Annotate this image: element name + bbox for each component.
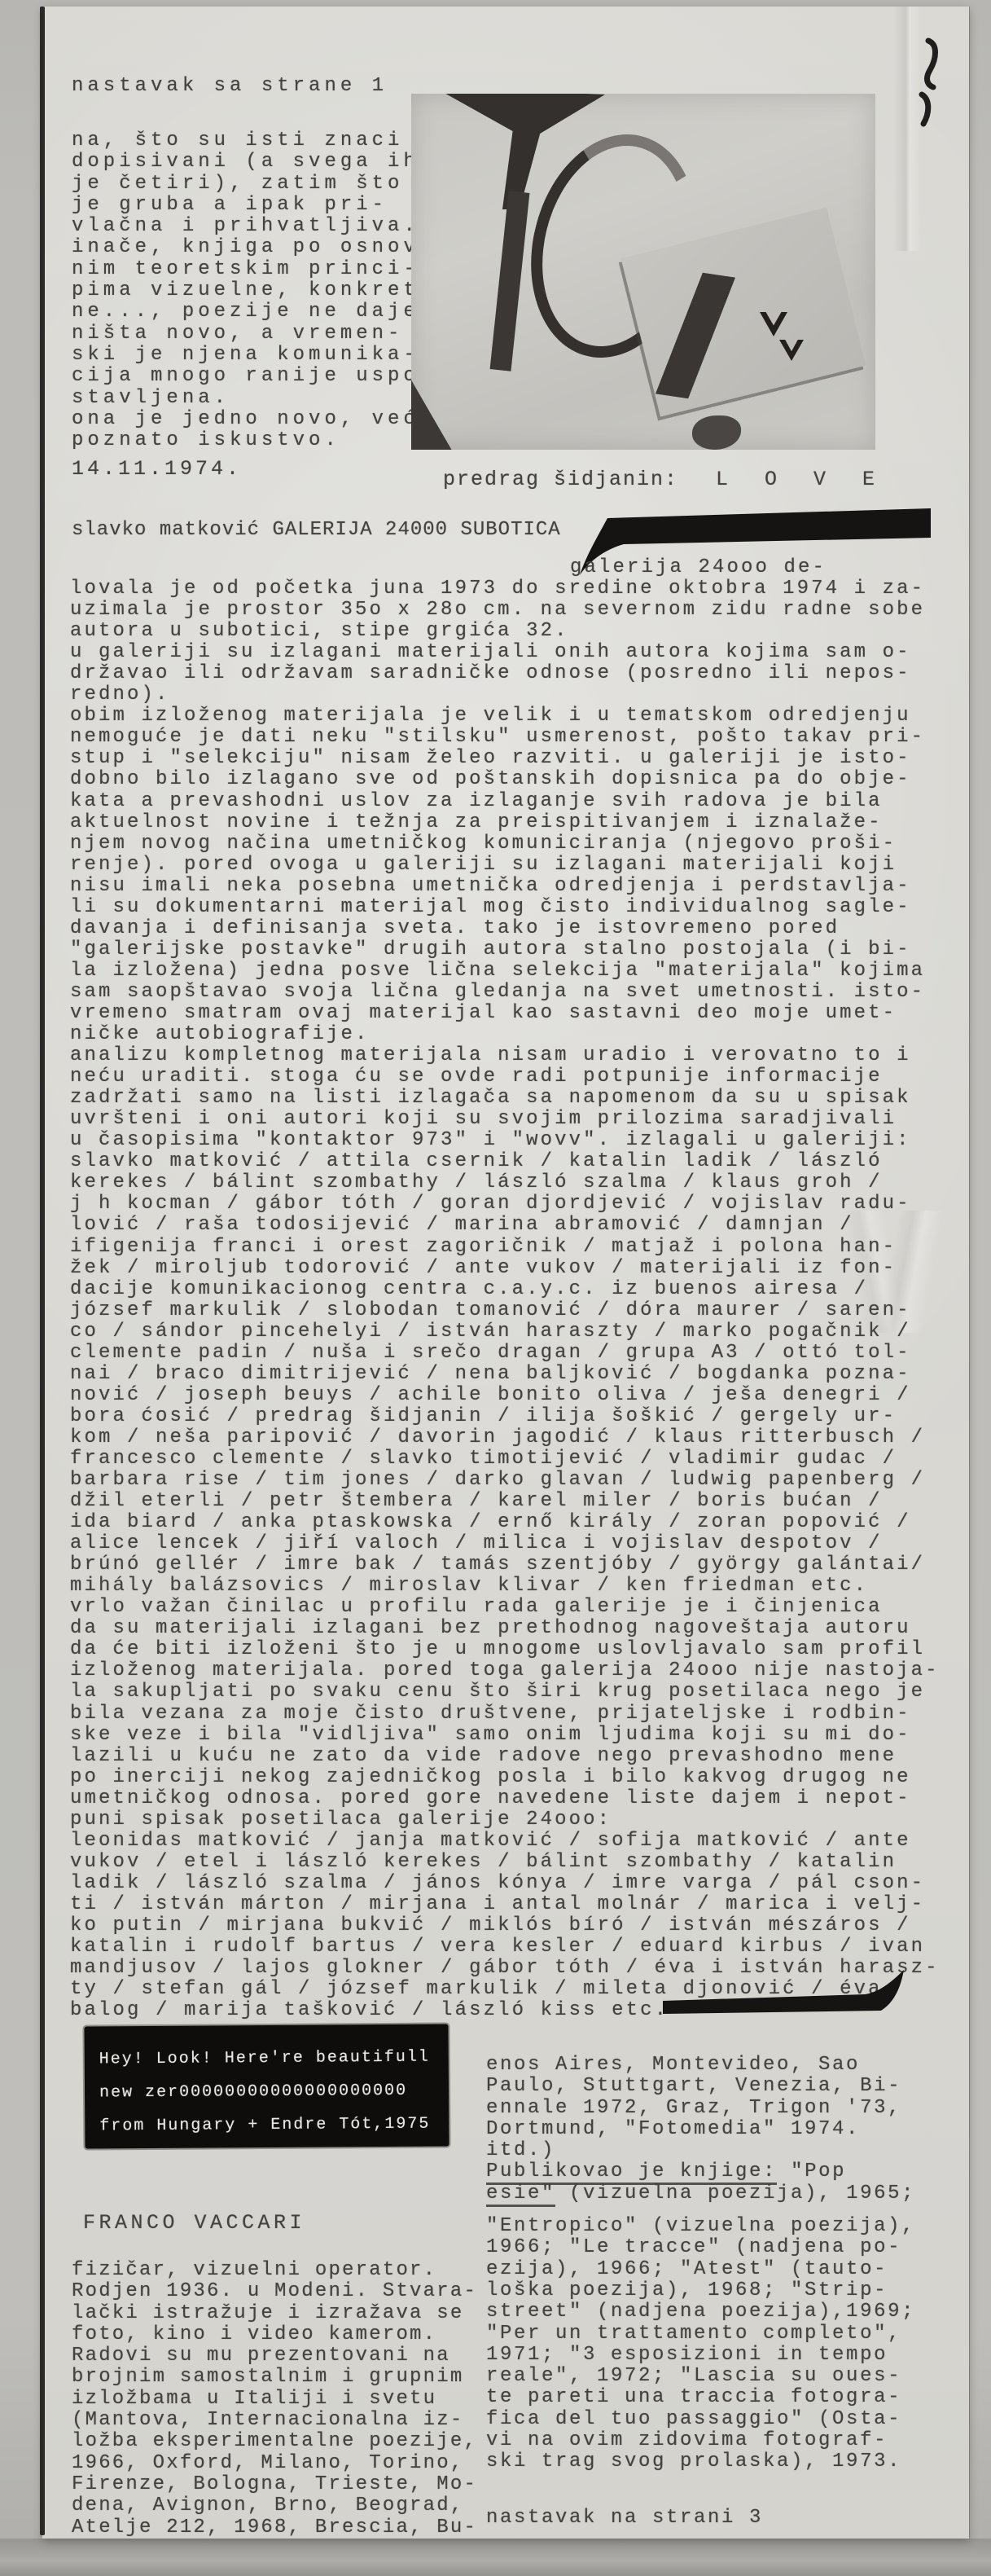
right-column-books: "Entropico" (vizuelna poezija), 1966; "L…: [486, 2215, 915, 2473]
handwritten-mark: [905, 36, 958, 138]
main-text-block: galerija 24ooo de- lovala je od početka …: [70, 557, 967, 2021]
published-books-rest: "Pop: [777, 2161, 846, 2183]
endre-tot-text: Hey! Look! Here're beautifull new zer000…: [84, 2024, 449, 2143]
endre-tot-announcement: Hey! Look! Here're beautifull new zer000…: [84, 2024, 449, 2148]
franco-vaccari-bio: fizičar, vizuelni operator. Rodjen 1936.…: [72, 2260, 489, 2539]
photo-shape-blob: [692, 415, 741, 450]
continued-from-note: nastavak sa strane 1: [72, 75, 388, 97]
date-line: 14.11.1974.: [72, 457, 242, 481]
artwork-photo: [411, 94, 875, 450]
scan-shadow: [0, 2539, 991, 2576]
book-title-rest: (vizuelna poezija), 1965;: [555, 2183, 915, 2205]
paper-sheet: nastavak sa strane 1 na, što su isti zna…: [42, 7, 969, 2539]
photo-shape-corner: [411, 363, 485, 450]
brush-stroke-end-icon: [661, 1968, 914, 2024]
section-heading: slavko matković GALERIJA 24000 SUBOTICA: [72, 519, 561, 541]
right-column-cities: enos Aires, Montevideo, Sao Paulo, Stutt…: [486, 2054, 901, 2161]
photo-caption-title: L O V E: [716, 468, 887, 491]
right-column: enos Aires, Montevideo, Sao Paulo, Stutt…: [486, 2055, 954, 2529]
photo-shape-stem: [490, 191, 530, 371]
book-title-fragment: esie": [486, 2183, 555, 2207]
scanned-page: { "page": { "continued_from": "nastavak …: [0, 0, 991, 2576]
page-edge-rule: [40, 7, 45, 2535]
paragraph-gap: [486, 2205, 954, 2216]
continued-on-note: nastavak na strani 3: [486, 2508, 954, 2529]
published-books-line: Publikovao je knjige: "Pop esie" (vizuel…: [486, 2161, 954, 2205]
intro-paragraph: na, što su isti znaci dopisivani (a sveg…: [72, 130, 461, 451]
photo-caption: predrag šidjanin: L O V E: [443, 468, 887, 491]
photo-caption-author: predrag šidjanin:: [443, 468, 678, 491]
franco-vaccari-heading: FRANCO VACCARI: [83, 2211, 305, 2235]
